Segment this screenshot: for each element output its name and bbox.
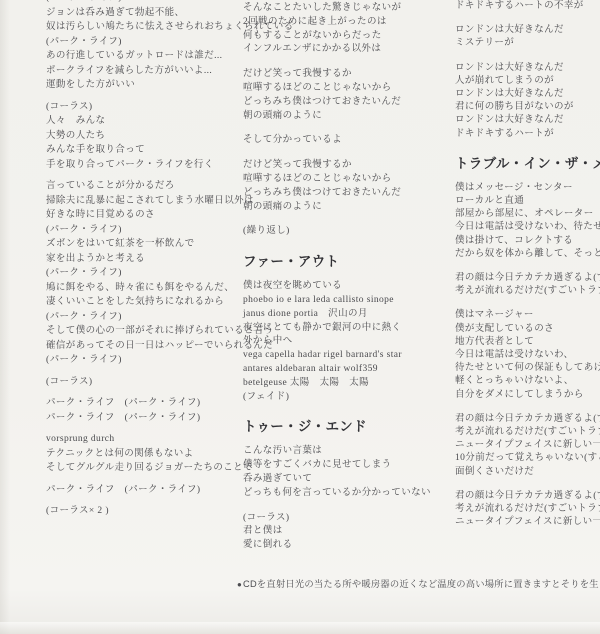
lyric-line: だけど笑って我慢するか [243,68,458,82]
lyric-line: (パーク・ライフ) [46,266,246,281]
lyric-line: 僕は掛けて、コレクトする [455,235,600,248]
stanza: 君の顔は今日テカテカ過ぎるよ(すご考えが流れるだけだ(すごいトラブ [455,272,600,298]
lyric-line: 僕等をすごくバカに見せてしまう [243,459,458,473]
lyric-line: ポークライフを減らした方がいいよ... [46,64,246,79]
lyric-line: 家を出ようかと考える [46,252,246,267]
lyric-line: (繰り返し) [243,225,458,239]
lyric-line: 言っていることが分かるだろ [46,179,246,194]
cd-care-note: ●CDを直射日光の当たる所や暖房器の近くなど温度の高い場所に置きますとそりを生 [237,576,599,590]
lyric-line: ロンドンは大好きなんだ [455,62,600,75]
lyric-line: 君の顔は今日テカテカ過ぎるよ(すご [455,413,600,426]
lyric-line: (フェイド) [243,391,458,405]
lyric-line: 君と僕は [243,525,458,539]
stanza: (パーク・ライフ)ジョンは呑み過ぎて勃起不能、奴は汚らしい鳩たちに怯えさせられお… [46,0,246,93]
stanza: 言っていることが分かるだろ掃除夫に乱暴に起こされてしまう水曜日以外は好きな時に目… [46,179,246,368]
stanza: こんな汚い言葉は僕等をすごくバカに見せてしまう呑み過ぎていてどっちも何を言ってい… [243,445,458,500]
song-title-trouble-in-the-message-centre: トラブル・イン・ザ・メッセージ・セ [455,152,600,172]
lyric-line: 呑み過ぎていて [243,473,458,487]
stanza: vorsprung durchテクニックとは何の関係もないよそしてグルグル走り回… [46,432,246,476]
lyric-line: そして分かっているよ [243,134,458,148]
lyric-line: 僕が支配しているのさ [455,323,600,336]
lyric-line: ドキドキするハートの不幸が [455,0,600,13]
lyric-line: ズボンをはいて紅茶を一杯飲んで [46,237,246,252]
booklet-page: (パーク・ライフ)ジョンは呑み過ぎて勃起不能、奴は汚らしい鳩たちに怯えさせられお… [0,0,600,634]
lyric-line: 考えが流れるだけだ(すごいトラブ [455,503,600,516]
lyric-line: vorsprung durch [46,432,246,447]
lyric-line: どっちも何を言っているか分かっていない [243,487,458,501]
stanza: (繰り返し) [243,225,458,239]
lyric-line: あの行進しているガットロードは誰だ... [46,49,246,64]
bullet-icon: ● [237,580,242,589]
lyric-line: 確信があってその日一日はハッピーでいられるんだ [46,339,246,354]
stanza: 僕はマネージャー僕が支配しているのさ地方代表者として今日は電話は受けないわ、待た… [455,309,600,401]
stanza: (コーラス)人々 みんな大勢の人たちみんな手を取り合って手を取り合ってパーク・ラ… [46,100,246,173]
lyric-line: 君の顔は今日テカテカ過ぎるよ(すご [455,490,600,503]
lyric-line: antares aldebaran altair wolf359 [243,363,458,377]
lyric-line: 何もすることがないからだった [243,30,458,44]
lyric-line: 今日は電話は受けないわ、待たせて [455,221,600,234]
lyric-line: 外から中へ [243,335,458,349]
cd-care-note-text: CDを直射日光の当たる所や暖房器の近くなど温度の高い場所に置きますとそりを生 [243,579,599,589]
lyric-line: ローカルと直通 [455,195,600,208]
lyric-line: (コーラス) [46,100,246,115]
lyric-line: 喧嘩するほどのことじゃないから [243,173,458,187]
lyric-line: 大勢の人たち [46,129,246,144]
stanza: ドキドキするハートの不幸が [455,0,600,13]
stanza: (コーラス) [46,375,246,390]
lyric-line: ロンドンは大好きなんだ [455,88,600,101]
lyric-line: phoebo io e lara leda callisto sinope [243,294,458,308]
lyric-line: ニュータイプフェイスに新しい一日 [455,439,600,452]
lyric-line: 2回戦のために起き上がったのは [243,16,458,30]
stanza: だけど笑って我慢するか喧嘩するほどのことじゃないからどっちみち僕はつけておきたい… [243,68,458,123]
lyric-line: どっちみち僕はつけておきたいんだ [243,96,458,110]
lyric-line: パーク・ライフ (パーク・ライフ) [46,483,246,498]
lyric-line: 愛に倒れる [243,539,458,553]
lyric-line: ロンドンは大好きなんだ [455,114,600,127]
lyric-line: インフルエンザにかかる以外は [243,43,458,57]
lyric-line: 地方代表者として [455,336,600,349]
lyric-line: 好きな時に目覚めるのさ [46,208,246,223]
stanza: 僕はメッセージ・センターローカルと直通部屋から部屋に、オペレーター今日は電話は受… [455,182,600,261]
lyric-line: (コーラス) [243,512,458,526]
lyric-line: 軽くとっちゃいけないよ、 [455,375,600,388]
lyric-line: ジョンは呑み過ぎて勃起不能、 [46,6,246,21]
lyric-line: 奴は汚らしい鳩たちに怯えさせられおちょくられている [46,20,246,35]
song-title-far-out: ファー・アウト [243,250,458,270]
lyric-line: ロンドンは大好きなんだ [455,24,600,37]
lyric-line: 僕はメッセージ・センター [455,182,600,195]
stanza: パーク・ライフ (パーク・ライフ) [46,483,246,498]
lyric-line: (パーク・ライフ) [46,223,246,238]
lyric-line: betelgeuse 太陽 太陽 太陽 [243,377,458,391]
lyric-line: テクニックとは何の関係もないよ [46,447,246,462]
lyric-line: そんなことたいした驚きじゃないが [243,2,458,16]
lyric-line: パーク・ライフ (パーク・ライフ) [46,396,246,411]
lyric-line: ドキドキするハートが [455,128,600,141]
lyric-line: 待たせといて何の保証もしてあげな [455,362,600,375]
lyric-line: 自分をダメにしてしまうから [455,389,600,402]
lyric-line: 喧嘩するほどのことじゃないから [243,82,458,96]
stanza: 僕は夜空を眺めているphoebo io e lara leda callisto… [243,280,458,404]
lyric-line: 人が崩れてしまうのが [455,75,600,88]
lyric-line: 夜空にとても静かで銀河の中に熱く [243,322,458,336]
lyric-line: 君に何の勝ち目がないのが [455,101,600,114]
lyric-line: 僕はマネージャー [455,309,600,322]
lyric-line: 僕は夜空を眺めている [243,280,458,294]
lyric-line: ミステリーが [455,37,600,50]
lyric-line: 手を取り合ってパーク・ライフを行く [46,158,246,173]
stanza: そして分かっているよ [243,134,458,148]
lyric-line: 部屋から部屋に、オペレーター [455,208,600,221]
stanza: (コーラス× 2 ) [46,504,246,519]
lyrics-column-left: (パーク・ライフ)ジョンは呑み過ぎて勃起不能、奴は汚らしい鳩たちに怯えさせられお… [46,0,246,526]
lyric-line: 人々 みんな [46,114,246,129]
lyric-line: (パーク・ライフ) [46,353,246,368]
lyric-line: 今日は電話は受けないわ、 [455,349,600,362]
stanza: そんなことたいした驚きじゃないが2回戦のために起き上がったのは何もすることがない… [243,2,458,57]
lyric-line: 考えが流れるだけだ(すごいトラブ [455,285,600,298]
lyric-line: だから奴を体から離して、そっと打つ [455,248,600,261]
lyric-line: ニュータイプフェイスに新しい一日 [455,516,600,529]
lyric-line: 君の顔は今日テカテカ過ぎるよ(すご [455,272,600,285]
song-title-to-the-end: トゥー・ジ・エンド [243,415,458,435]
lyric-line: (パーク・ライフ) [46,35,246,50]
lyric-line: こんな汚い言葉は [243,445,458,459]
lyric-line: janus dione portia 沢山の月 [243,308,458,322]
lyric-line: 掃除夫に乱暴に起こされてしまう水曜日以外は [46,194,246,209]
stanza: (コーラス)君と僕は愛に倒れる [243,512,458,553]
lyric-line: パーク・ライフ (パーク・ライフ) [46,411,246,426]
lyrics-column-right: ドキドキするハートの不幸がロンドンは大好きなんだミステリーがロンドンは大好きなん… [455,0,600,541]
lyric-line: みんな手を取り合って [46,143,246,158]
lyric-line: 考えが流れるだけだ(すごいトラブ [455,426,600,439]
lyric-line: 凄くいいことをした気持ちになれるから [46,295,246,310]
lyric-line: そして僕の心の一部がそれに捧げられていると言う [46,324,246,339]
stanza: ロンドンは大好きなんだ人が崩れてしまうのがロンドンは大好きなんだ君に何の勝ち目が… [455,62,600,141]
lyric-line: そしてグルグル走り回るジョガーたちのことで [46,461,246,476]
lyric-line: (パーク・ライフ) [46,310,246,325]
lyric-line: 朝の頭痛のように [243,110,458,124]
lyric-line: 面倒くさいだけだ [455,466,600,479]
stanza: 君の顔は今日テカテカ過ぎるよ(すご考えが流れるだけだ(すごいトラブニュータイプフ… [455,490,600,530]
lyric-line: 朝の頭痛のように [243,201,458,215]
stanza: ロンドンは大好きなんだミステリーが [455,24,600,50]
lyric-line: 運動をした方がいい [46,78,246,93]
lyric-line: 10分前だって覚えちゃいない(すご [455,452,600,465]
lyric-line: (コーラス) [46,375,246,390]
stanza: パーク・ライフ (パーク・ライフ)パーク・ライフ (パーク・ライフ) [46,396,246,425]
lyric-line: (コーラス× 2 ) [46,504,246,519]
stanza: だけど笑って我慢するか喧嘩するほどのことじゃないからどっちみち僕はつけておきたい… [243,159,458,214]
lyric-line: 鳩に餌をやる、時々雀にも餌をやるんだ、 [46,281,246,296]
lyrics-column-middle: そんなことたいした驚きじゃないが2回戦のために起き上がったのは何もすることがない… [243,2,458,564]
lyric-line: だけど笑って我慢するか [243,159,458,173]
stanza: 君の顔は今日テカテカ過ぎるよ(すご考えが流れるだけだ(すごいトラブニュータイプフ… [455,413,600,479]
lyric-line: どっちみち僕はつけておきたいんだ [243,187,458,201]
lyric-line: vega capella hadar rigel barnard's star [243,349,458,363]
